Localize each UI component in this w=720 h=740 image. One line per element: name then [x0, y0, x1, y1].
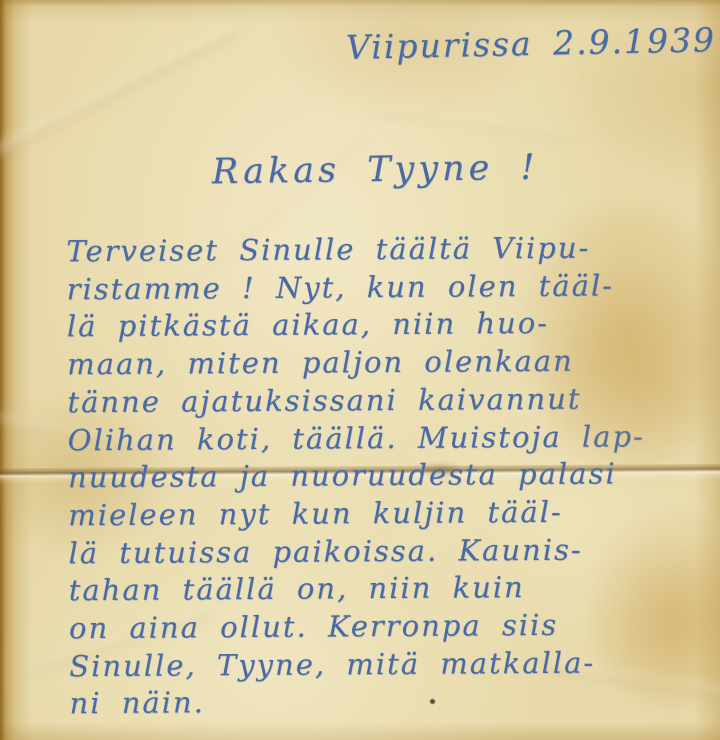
letter-line-2: ristamme ! Nyt, kun olen tääl-	[67, 266, 719, 308]
handwritten-letter-scan: Viipurissa 2.9.1939 Rakas Tyyne ! Tervei…	[0, 0, 720, 740]
letter-line-1: Terveiset Sinulle täältä Viipu-	[66, 229, 718, 271]
letter-line-6: Olihan koti, täällä. Muistoja lap-	[68, 417, 720, 459]
letter-line-8: mieleen nyt kun kuljin tääl-	[68, 493, 720, 535]
letter-body: Terveiset Sinulle täältä Viipu- ristamme…	[66, 229, 720, 724]
ink-speck	[430, 699, 435, 704]
letter-line-12: Sinulle, Tyyne, mitä matkalla-	[69, 643, 720, 685]
letter-line-13: ni näin.	[69, 681, 720, 723]
letter-line-10: tahan täällä on, niin kuin	[69, 568, 720, 610]
letter-salutation: Rakas Tyyne !	[212, 148, 539, 193]
letter-line-9: lä tutuissa paikoissa. Kaunis-	[68, 530, 720, 572]
letter-line-7: nuudesta ja nuoruudesta palasi	[68, 455, 720, 497]
letter-line-5: tänne ajatuksissani kaivannut	[67, 380, 719, 422]
letter-line-4: maan, miten paljon olenkaan	[67, 342, 719, 384]
letter-line-11: on aina ollut. Kerronpa siis	[69, 606, 720, 648]
letter-dateline: Viipurissa 2.9.1939	[346, 20, 717, 67]
letter-line-3: lä pitkästä aikaa, niin huo-	[67, 304, 719, 346]
